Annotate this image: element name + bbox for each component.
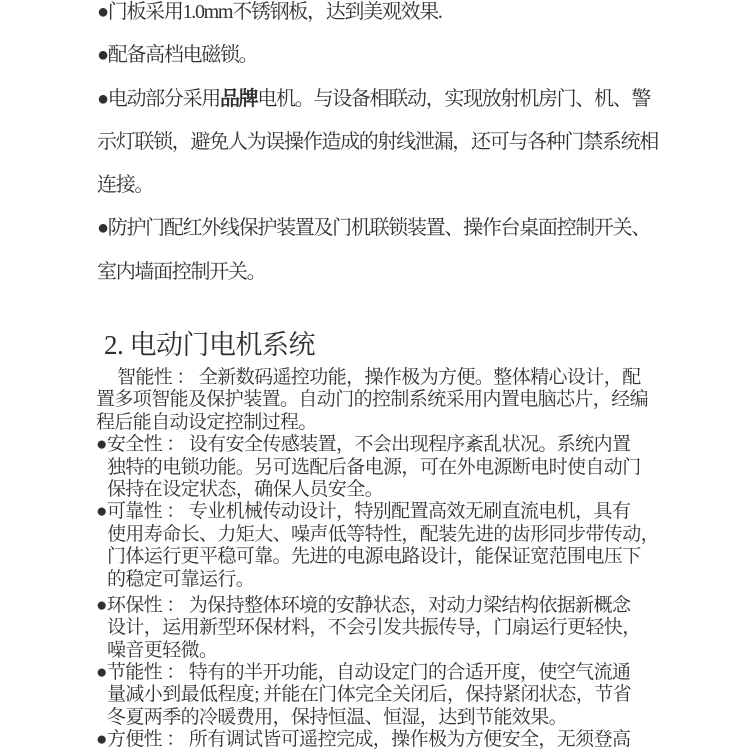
bullet-line-motor: ●电动部分采用品牌电机。与设备相联动，实现放射机房门、机、警	[97, 78, 697, 121]
feature-energy-saving-line-3: 冬夏两季的冷暖费用，保持恒温、恒湿，达到节能效果。	[96, 707, 696, 729]
motor-line-post: 电机。与设备相联动，实现放射机房门、机、警	[257, 88, 650, 110]
bullet-line-protective-door-cont: 室内墙面控制开关。	[97, 251, 697, 294]
bullet-line-magnetic-lock: ●配备高档电磁锁。	[97, 34, 697, 77]
bullet-line-motor-cont-1: 示灯联锁，避免人为误操作造成的射线泄漏，还可与各种门禁系统相	[97, 121, 697, 164]
bullet-section-top: ●门板采用1.0mm不锈钢板，达到美观效果. ●配备高档电磁锁。 ●电动部分采用…	[97, 0, 697, 294]
feature-reliability-line-2: 使用寿命长、力矩大、噪声低等特性，配装先进的齿形同步带传动，	[96, 524, 696, 546]
feature-reliability-line-1: ●可靠性 ： 专业机械传动设计，特别配置高效无刷直流电机，具有	[96, 501, 696, 523]
bullet-line-protective-door: ●防护门配红外线保护装置及门机联锁装置、操作台桌面控制开关、	[97, 207, 697, 250]
motor-line-brand-bold: 品牌	[220, 88, 257, 110]
feature-energy-saving-line-2: 量减小到最低程度; 并能在门体完全关闭后，保持紧闭状态，节省	[96, 684, 696, 706]
feature-reliability-line-4: 的稳定可靠运行。	[96, 569, 696, 591]
feature-safety-line-3: 保持在设定状态，确保人员安全。	[96, 479, 696, 501]
feature-environmental-line-1: ●环保性 ： 为保持整体环境的安静状态，对动力梁结构依据新概念	[96, 595, 696, 617]
feature-safety-line-1: ●安全性 ： 设有安全传感装置，不会出现程序紊乱状况。系统内置	[96, 434, 696, 456]
feature-convenience-line-1: ●方便性 ： 所有调试皆可遥控完成，操作极为方便安全，无须登高	[96, 729, 696, 750]
bullet-line-motor-cont-2: 连接。	[97, 164, 697, 207]
feature-reliability-line-3: 门体运行更平稳可靠。先进的电源电路设计，能保证宽范围电压下	[96, 546, 696, 568]
feature-intelligence-line-1: 智能性 ： 全新数码遥控功能，操作极为方便。整体精心设计，配	[96, 367, 696, 389]
motor-line-pre: ●电动部分采用	[97, 88, 220, 110]
feature-safety-line-2: 独特的电锁功能。另可选配后备电源，可在外电源断电时使自动门	[96, 457, 696, 479]
feature-environmental-line-2: 设计，运用新型环保材料，不会引发共振传导，门扇运行更轻快，	[96, 617, 696, 639]
feature-section: 智能性 ： 全新数码遥控功能，操作极为方便。整体精心设计，配 置多项智能及保护装…	[96, 367, 696, 750]
section-heading-electric-door-motor-system: 2. 电动门电机系统	[104, 331, 315, 361]
document-page: ●门板采用1.0mm不锈钢板，达到美观效果. ●配备高档电磁锁。 ●电动部分采用…	[0, 0, 750, 750]
feature-intelligence-line-2: 置多项智能及保护装置。自动门的控制系统采用内置电脑芯片，经编	[96, 389, 696, 411]
bullet-line-door-panel: ●门板采用1.0mm不锈钢板，达到美观效果.	[97, 0, 697, 34]
feature-environmental-line-3: 噪音更轻微。	[96, 640, 696, 662]
feature-intelligence-line-3: 程后能自动设定控制过程。	[96, 412, 696, 434]
feature-energy-saving-line-1: ●节能性 ： 特有的半开功能，自动设定门的合适开度，使空气流通	[96, 662, 696, 684]
